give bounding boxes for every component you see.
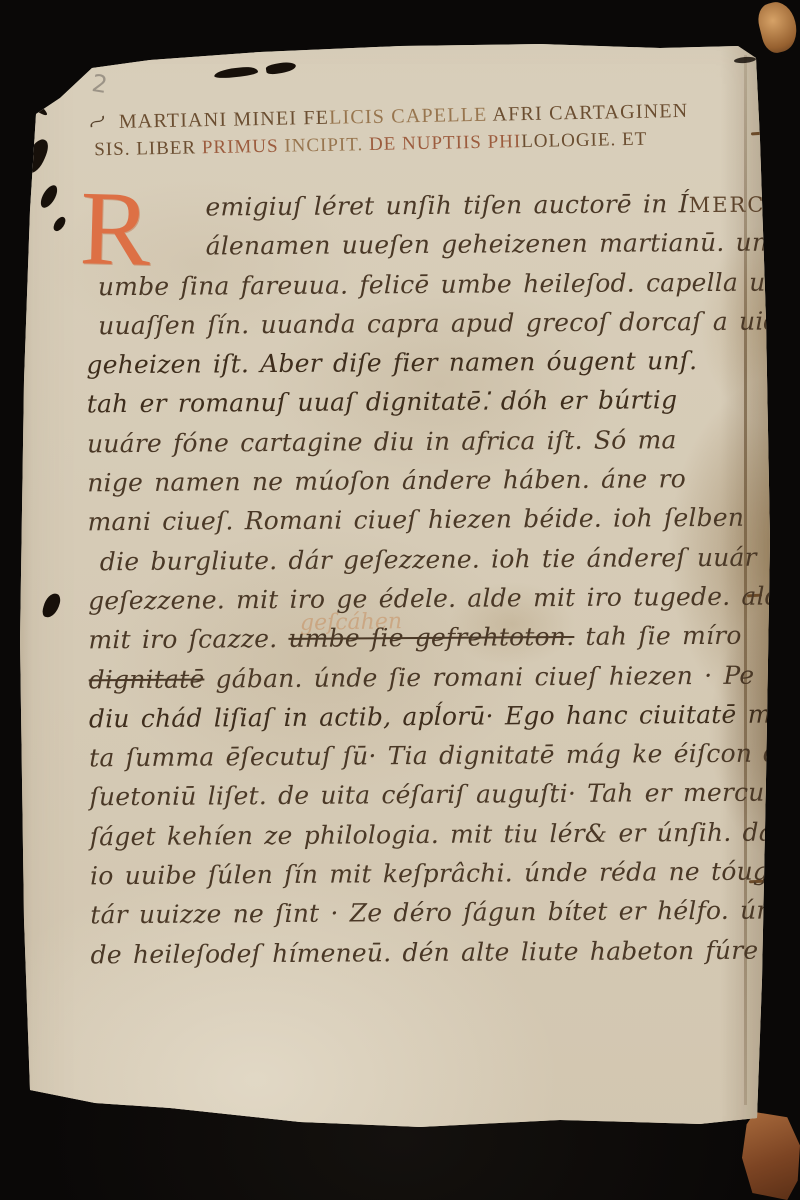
text-line-10: die burgliute. dár geſezzene. ioh tie án…	[88, 537, 756, 581]
text-segment: ſáget kehíen ze philologia. mit tiu lér&…	[90, 817, 791, 851]
text-line-15: ta ſumma ēſecutuſ ſū· Tia dignitatē mág …	[89, 734, 757, 778]
text-segment: umbe ſie gefrehtoton.	[288, 622, 574, 653]
leather-tab	[742, 1112, 800, 1200]
manuscript-photo: 2 ~MARTIANI MINEI FELICIS CAPELLE AFRI C…	[0, 0, 800, 1200]
text-line-8: nige namen ne múoſon ándere háben. áne r…	[87, 459, 755, 503]
heading-segment: DE NUPTIIS PHI	[369, 131, 522, 155]
text-line-17: ſáget kehíen ze philologia. mit tiu lér&…	[90, 812, 758, 856]
heading-segment: LOLOGIE. ET	[521, 129, 647, 152]
text-segment: uuáre fóne cartagine diu in africa iſt. …	[87, 425, 677, 458]
heading-segment: LICIS CAPELLE	[329, 104, 493, 129]
text-segment: io uuibe ſúlen ſín mit keſprâchi. únde r…	[90, 857, 777, 891]
text-line-19: tár uuizze ne ſint · Ze déro ſágun bítet…	[90, 891, 758, 935]
text-segment: ta ſumma ēſecutuſ ſū· Tia dignitatē mág …	[89, 738, 800, 772]
text-line-13: dignitatē gában. únde ſie romani ciueſ h…	[89, 655, 757, 699]
parchment-page: 2 ~MARTIANI MINEI FELICIS CAPELLE AFRI C…	[0, 0, 800, 1200]
text-segment: álenamen uueſen geheizenen martianū. und…	[206, 227, 800, 261]
incipit-title: ~MARTIANI MINEI FELICIS CAPELLE AFRI CAR…	[91, 96, 752, 171]
heading-segment: MARTIANI MINEI FE	[119, 107, 330, 133]
binding-slit-top	[751, 131, 766, 135]
text-segment: de heileſodeſ hímeneū. dén alte liute ha…	[91, 935, 759, 969]
heading-segment: CARTAGINEN	[549, 100, 689, 125]
text-line-20: de heileſodeſ hímeneū. dén alte liute ha…	[90, 930, 758, 974]
text-segment: geſezzene. mit iro ge édele. alde mit ir…	[88, 581, 796, 615]
heading-segment: SIS. LIBER	[94, 137, 202, 160]
text-line-2: álenamen uueſen geheizenen martianū. und…	[86, 223, 754, 267]
text-segment: uuaſſen ſín. uuanda capra apud grecoſ do…	[98, 306, 800, 340]
text-segment: gában. únde ſie romani ciueſ hiezen · Pe	[204, 660, 754, 693]
text-segment: umbe ſina fareuua. felicē umbe heileſod.…	[98, 266, 800, 301]
edge-streak	[21, 94, 49, 118]
text-segment: MERCURII'	[689, 192, 800, 217]
text-line-9: mani ciueſ. Romani ciueſ hiezen béide. i…	[87, 498, 755, 542]
heading-segment: AFRI	[492, 103, 549, 126]
text-block: emigiuſ léret unſih tiſen auctorē in ÍME…	[85, 184, 758, 975]
text-line-3: umbe ſina fareuua. felicē umbe heileſod.…	[86, 262, 754, 306]
text-line-11: geſezzene. mit iro ge édele. alde mit ir…	[88, 577, 756, 621]
text-line-6: tah er romanuſ uuaſ dignitatē⁚ dóh er bú…	[87, 380, 755, 424]
text-line-14: diu chád liſiaſ in actib, apĺorū· Ego ha…	[89, 695, 757, 739]
text-line-12: mit iro ſcazze. umbe ſie gefrehtoton. ta…	[88, 616, 756, 660]
text-segment: emigiuſ léret unſih tiſen auctorē in Í	[205, 189, 688, 221]
text-segment: mit iro ſcazze.	[88, 624, 288, 654]
text-segment: tah ſie míro	[574, 621, 741, 651]
text-line-18: io uuibe ſúlen ſín mit keſprâchi. únde r…	[90, 852, 758, 896]
text-segment: nige namen ne múoſon ándere háben. áne r…	[87, 464, 686, 497]
heading-segment: PRIMUS	[202, 136, 285, 159]
text-line-7: uuáre fóne cartagine diu in africa iſt. …	[87, 419, 755, 463]
text-segment: ſuetoniū liſet. de uita céſariſ auguſti·…	[89, 778, 800, 812]
text-line-16: ſuetoniū liſet. de uita céſariſ auguſti·…	[89, 773, 757, 817]
text-segment: tár uuizze ne ſint · Ze déro ſágun bítet…	[90, 896, 773, 930]
text-segment: die burgliute. dár geſezzene. ioh tie án…	[100, 542, 757, 576]
text-line-1: emigiuſ léret unſih tiſen auctorē in ÍME…	[85, 184, 753, 228]
text-segment: tah er romanuſ uuaſ dignitatē⁚ dóh er bú…	[87, 386, 678, 419]
text-line-4: uuaſſen ſín. uuanda capra apud grecoſ do…	[86, 302, 754, 346]
text-segment: mani ciueſ. Romani ciueſ hiezen béide. i…	[87, 503, 744, 537]
text-segment: dignitatē	[89, 664, 205, 694]
leather-knob	[754, 0, 800, 56]
text-segment: diu chád liſiaſ in actib, apĺorū· Ego ha…	[89, 699, 796, 733]
text-segment: geheizen iſt. Aber diſe fier namen óugen…	[86, 346, 697, 379]
heading-segment: INCIPIT.	[284, 134, 369, 157]
text-line-5: geheizen iſt. Aber diſe fier namen óugen…	[86, 341, 754, 385]
